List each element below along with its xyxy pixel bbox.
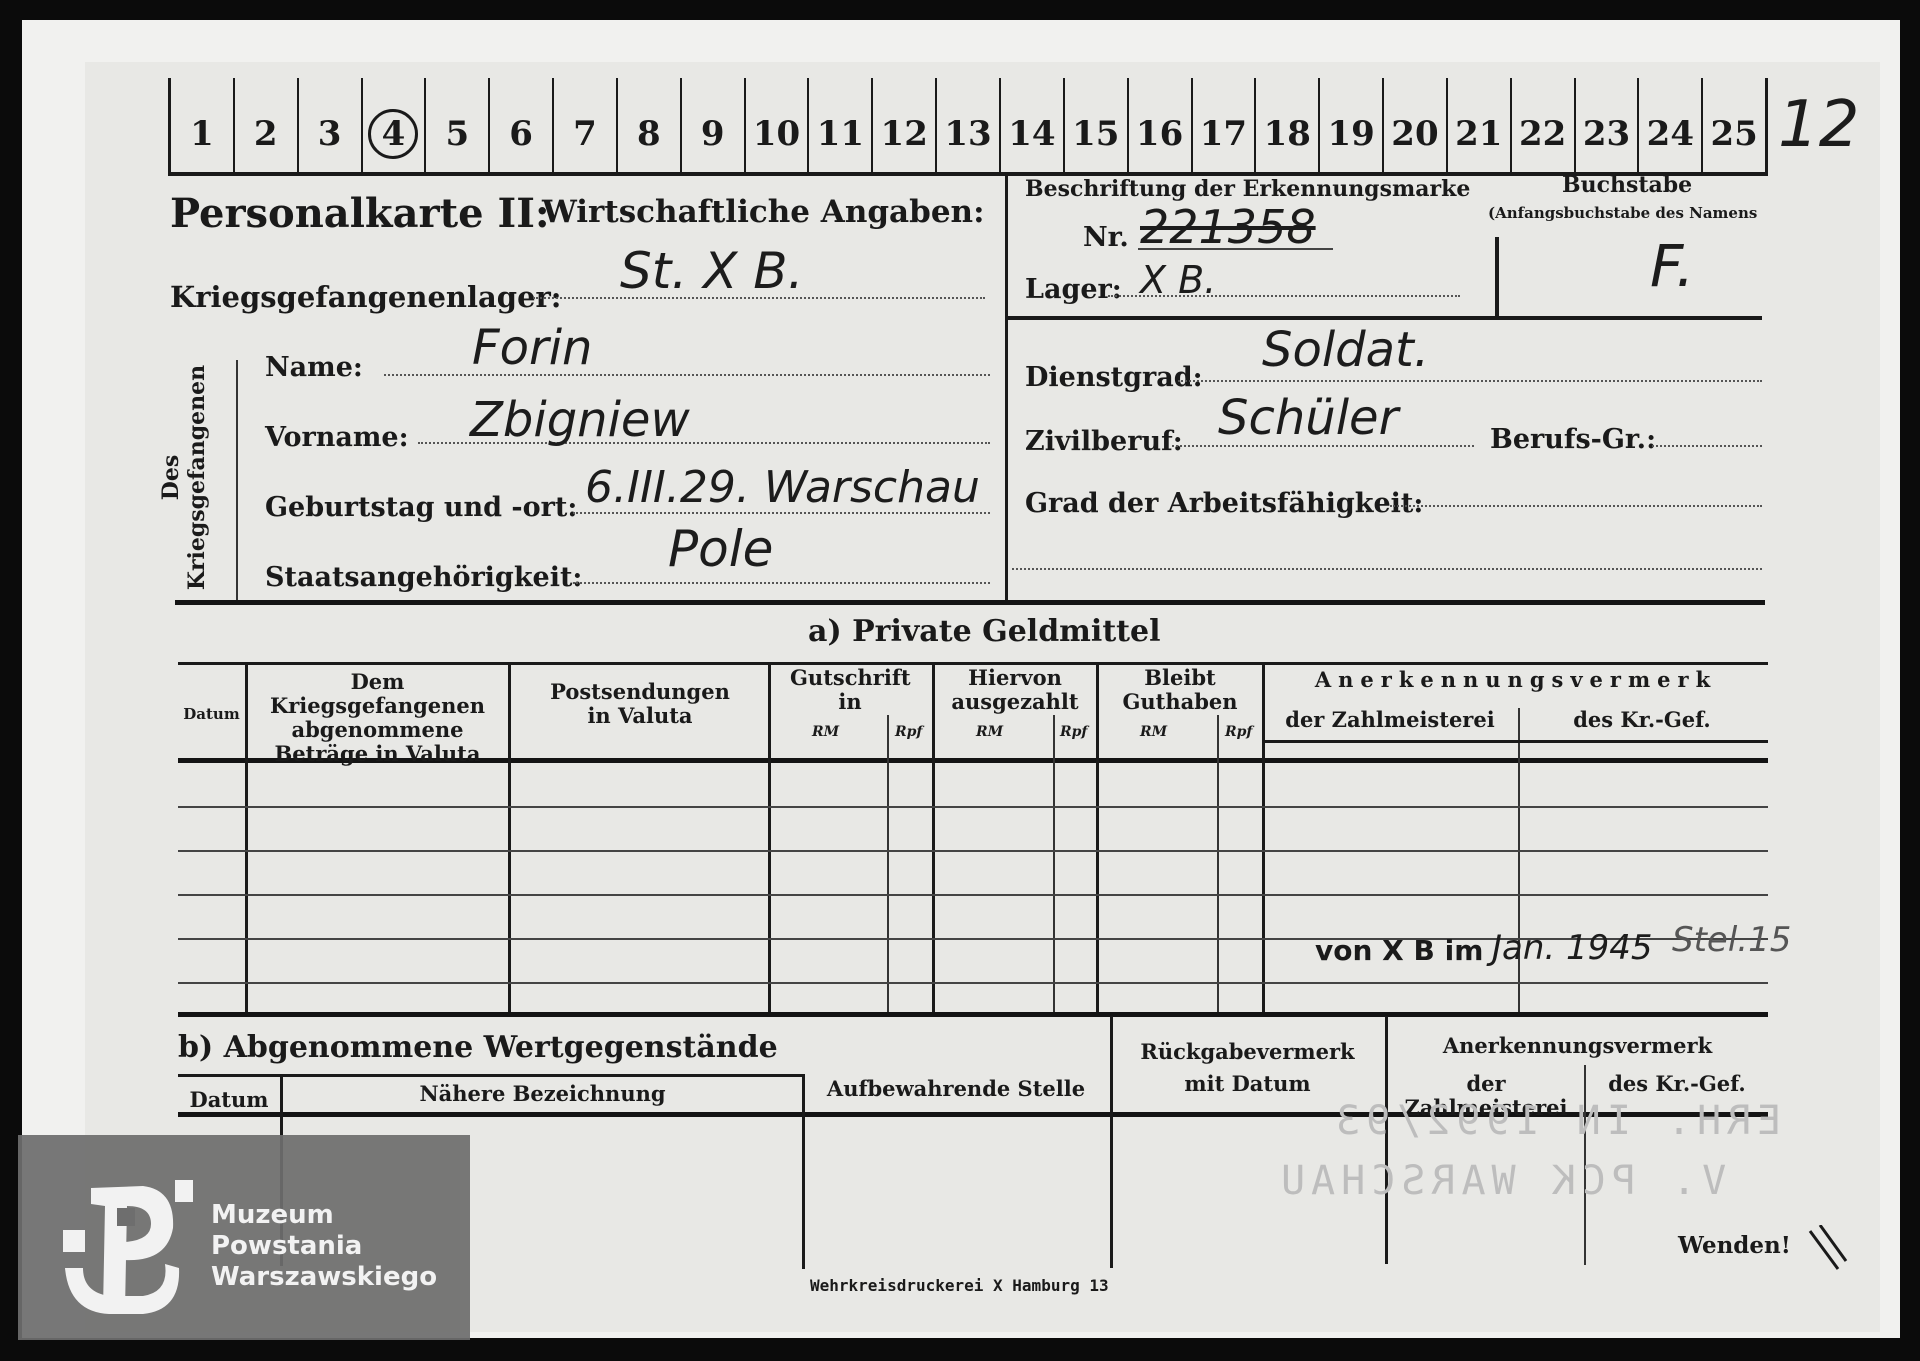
number-label: 22: [1519, 114, 1566, 154]
group-label: Berufs-Gr.:: [1490, 424, 1656, 455]
number-cell: 1: [171, 78, 235, 172]
number-label: 17: [1200, 114, 1247, 154]
rank-line: [1178, 380, 1762, 382]
number-label: 24: [1647, 114, 1694, 154]
number-cell: 16: [1129, 78, 1193, 172]
birth-value: 6.III.29. Warschau: [585, 462, 980, 513]
mirrored-stamp-line2: V. PCK WARSCHAU: [1275, 1158, 1726, 1204]
number-cell: 7: [554, 78, 618, 172]
number-cell: 9: [682, 78, 746, 172]
museum-name-line2: Powstania: [211, 1231, 437, 1262]
number-label: 13: [944, 114, 991, 154]
row-line: [178, 850, 1768, 852]
tag-lager-line: [1108, 295, 1460, 297]
printer-imprint: Wehrkreisdruckerei X Hamburg 13: [810, 1276, 1109, 1295]
museum-logo-icon: [63, 1180, 193, 1320]
tag-nr-value: 221358: [1140, 200, 1316, 254]
number-label: 20: [1391, 114, 1438, 154]
number-cell: 3: [299, 78, 363, 172]
civil-label: Zivilberuf:: [1025, 426, 1183, 457]
number-label: 14: [1008, 114, 1055, 154]
birth-label: Geburtstag und -ort:: [265, 492, 577, 523]
thb-bezeichnung: Nähere Bezeichnung: [285, 1082, 800, 1106]
number-strip: 1234567891011121314151617181920212223242…: [168, 78, 1768, 176]
row-line: [178, 806, 1768, 808]
museum-name: Muzeum Powstania Warszawskiego: [211, 1200, 437, 1293]
camp-label: Kriegsgefangenenlager:: [170, 280, 562, 314]
extra-line: [1012, 568, 1762, 570]
section-a-top-rule: [175, 600, 1765, 605]
number-cell: 8: [618, 78, 682, 172]
vorname-label: Vorname:: [265, 422, 409, 453]
number-cell: 25: [1703, 78, 1765, 172]
number-label: 19: [1327, 114, 1374, 154]
number-label: 23: [1583, 114, 1630, 154]
row-line: [178, 982, 1768, 984]
rank-label: Dienstgrad:: [1025, 362, 1203, 393]
col-sep: [1110, 1016, 1113, 1268]
th-bleibt: Bleibt Guthaben: [1115, 666, 1245, 714]
number-cell: 6: [490, 78, 554, 172]
group-line: [1652, 445, 1762, 447]
section-b-title: b) Abgenommene Wertgegenstände: [178, 1030, 778, 1065]
tag-heading: Beschriftung der Erkennungsmarke: [1025, 176, 1470, 202]
section-a-title: a) Private Geldmittel: [808, 614, 1161, 649]
thb-krgef: des Kr.-Gef.: [1588, 1072, 1766, 1096]
col-sep: [802, 1074, 805, 1269]
nationality-value: Pole: [668, 520, 773, 578]
number-cell: 14: [1001, 78, 1065, 172]
name-label: Name:: [265, 352, 363, 383]
th-betraege: Dem Kriegsgefangenen abgenommene Beträge…: [250, 670, 505, 766]
number-label: 12: [881, 114, 928, 154]
turn-slash-marks: [1808, 1225, 1848, 1275]
number-cell: 11: [809, 78, 873, 172]
number-label: 3: [318, 114, 342, 154]
th-datum: Datum: [178, 702, 245, 726]
number-cell: 12: [873, 78, 937, 172]
camp-value: St. X B.: [620, 242, 803, 300]
col-sep: [932, 664, 935, 1016]
tag-nr-underline: [1138, 248, 1333, 250]
number-label: 2: [254, 114, 278, 154]
letter-heading: Buchstabe: [1562, 172, 1692, 198]
side-label: Des Kriegsgefangenen: [158, 355, 210, 600]
thb-datum: Datum: [180, 1088, 278, 1112]
transfer-note-printed: von X B im: [1315, 934, 1483, 967]
number-label: 16: [1136, 114, 1183, 154]
number-cell: 2: [235, 78, 299, 172]
col-sep-rpf: [1217, 715, 1219, 1015]
number-cell: 15: [1065, 78, 1129, 172]
number-label: 6: [509, 114, 533, 154]
letter-sub: (Anfangsbuchstabe des Namens: [1488, 204, 1757, 222]
side-label-divider: [236, 360, 238, 600]
number-cell: 10: [746, 78, 810, 172]
number-cell: 21: [1448, 78, 1512, 172]
slash-marks-icon: [1808, 1225, 1848, 1275]
th-anerkennung: Anerkennungsvermerk: [1270, 668, 1762, 692]
number-cell: 24: [1639, 78, 1703, 172]
number-label: 10: [753, 114, 800, 154]
museum-name-line1: Muzeum: [211, 1200, 437, 1231]
number-label: 1: [190, 114, 214, 154]
th-zahlmeisterei: der Zahlmeisterei: [1265, 708, 1515, 732]
letter-box-divider: [1495, 237, 1499, 317]
header-divider: [1005, 175, 1008, 605]
tag-lager-label: Lager:: [1025, 274, 1122, 305]
handwritten-corner-number: 12: [1778, 88, 1859, 162]
section-b-top-rule: [178, 1012, 1768, 1017]
number-cell: 22: [1512, 78, 1576, 172]
th-rpf: Rpf: [1225, 724, 1252, 740]
col-sep: [508, 664, 511, 1016]
th-rpf: Rpf: [895, 724, 922, 740]
thb-stelle: Aufbewahrende Stelle: [806, 1077, 1106, 1101]
thb-rueckgabe: Rückgabevermerk mit Datum: [1140, 1036, 1355, 1100]
card-title: Personalkarte II:: [170, 190, 550, 237]
mirrored-stamp-line1: ERH. IN 1992/93: [1330, 1098, 1781, 1144]
number-label: 5: [445, 114, 469, 154]
th-rm: RM: [812, 724, 839, 740]
ability-label: Grad der Arbeitsfähigkeit:: [1025, 488, 1423, 519]
number-label: 8: [637, 114, 661, 154]
number-label: 7: [573, 114, 597, 154]
row-line: [178, 894, 1768, 896]
number-cell: 5: [426, 78, 490, 172]
col-sep-rpf: [887, 715, 889, 1015]
nationality-line: [573, 582, 990, 584]
number-cell: 19: [1320, 78, 1384, 172]
number-label: 21: [1455, 114, 1502, 154]
museum-watermark: Muzeum Powstania Warszawskiego: [18, 1135, 470, 1340]
name-value: Forin: [472, 320, 592, 376]
th-gutschrift: Gutschrift in: [790, 666, 910, 714]
col-sep-anerk: [1518, 708, 1520, 1016]
col-sep: [245, 664, 248, 1016]
number-label: 11: [817, 114, 864, 154]
number-label: 25: [1711, 114, 1758, 154]
number-label: 9: [701, 114, 725, 154]
col-sep-rpf: [1053, 715, 1055, 1015]
transfer-note-signature: Stel.15: [1672, 920, 1791, 960]
thb-anerkennung: Anerkennungsvermerk: [1390, 1034, 1765, 1058]
number-cell: 4: [363, 78, 427, 172]
th-hiervon: Hiervon ausgezahlt: [950, 666, 1080, 714]
civil-value: Schüler: [1218, 390, 1398, 446]
number-label: 15: [1072, 114, 1119, 154]
side-label-line2: Kriegsgefangenen: [184, 355, 210, 600]
museum-name-line3: Warszawskiego: [211, 1262, 437, 1293]
tag-bottom-rule: [1005, 316, 1762, 320]
th-krgef: des Kr.-Gef.: [1522, 708, 1762, 732]
card-subtitle: Wirtschaftliche Angaben:: [542, 194, 985, 230]
col-sep: [1096, 664, 1099, 1016]
th-post: Postsendungen in Valuta: [540, 680, 740, 728]
th-rm: RM: [976, 724, 1003, 740]
number-label: 18: [1264, 114, 1311, 154]
turn-note: Wenden!: [1678, 1232, 1791, 1259]
circled-number: 4: [368, 109, 418, 159]
vorname-value: Zbigniew: [470, 392, 690, 448]
ability-line: [1390, 505, 1762, 507]
letter-value: F.: [1650, 232, 1694, 300]
number-cell: 20: [1384, 78, 1448, 172]
col-sep: [768, 664, 771, 1016]
number-cell: 17: [1193, 78, 1257, 172]
side-label-line1: Des: [158, 355, 184, 600]
transfer-note-hand: Jan. 1945: [1492, 928, 1653, 968]
nationality-label: Staatsangehörigkeit:: [265, 562, 582, 593]
tag-nr-label: Nr.: [1083, 222, 1129, 253]
number-cell: 13: [937, 78, 1001, 172]
anerk-sub-rule: [1262, 740, 1768, 743]
number-cell: 18: [1256, 78, 1320, 172]
th-rpf: Rpf: [1060, 724, 1087, 740]
section-b-sub-top: [178, 1074, 802, 1077]
rank-value: Soldat.: [1262, 322, 1429, 378]
th-rm: RM: [1140, 724, 1167, 740]
number-cell: 23: [1576, 78, 1640, 172]
